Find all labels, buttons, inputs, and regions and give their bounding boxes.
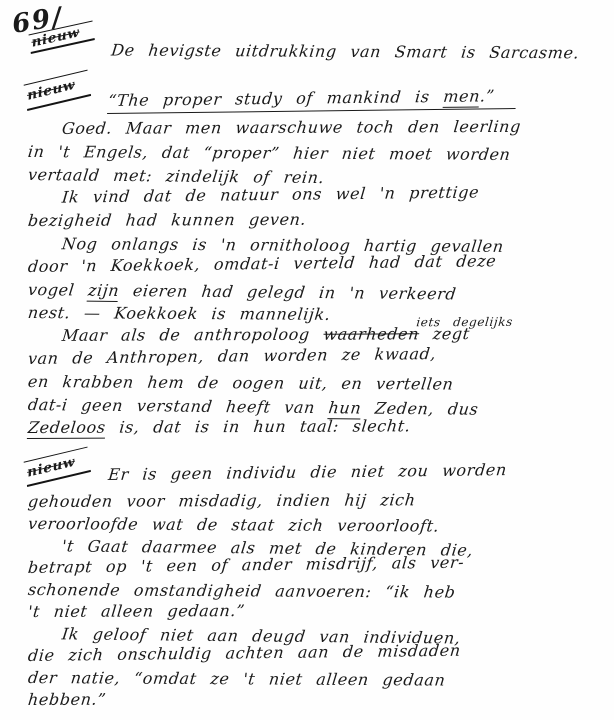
line-segment: dat-i geen verstand heeft van <box>27 395 330 417</box>
quote-word-underlined: men <box>442 86 481 107</box>
quote-line: “The proper study of mankind is men.” <box>107 84 518 114</box>
manuscript-line: en krabben hem de oogen uit, en vertelle… <box>27 370 601 396</box>
manuscript-line: 't niet alleen gedaan.” <box>27 599 601 623</box>
manuscript-line: gehouden voor misdadig, indien hij zich <box>27 489 601 513</box>
line-segment: is, dat is in hun taal: slecht. <box>105 416 412 436</box>
quote-row: nieuw “The proper study of mankind is me… <box>27 83 602 117</box>
underlined-word: Zedeloos <box>27 418 107 439</box>
underlined-word: zijn <box>87 281 121 302</box>
manuscript-page: 69/ nieuw De hevigste uitdrukking van Sm… <box>0 0 614 720</box>
line-segment: eieren had gelegd in 'n verkeerd <box>118 281 457 304</box>
line-segment: vogel <box>27 280 89 300</box>
struck-word: waarheden <box>323 324 421 343</box>
aphorism-line: De hevigste uitdrukking van Smart is Sar… <box>110 40 580 62</box>
idea-study-block: nieuw “The proper study of mankind is me… <box>28 90 600 439</box>
manuscript-line: Goed. Maar men waarschuwe toch den leerl… <box>27 115 602 140</box>
aphorism-row: nieuw De hevigste uitdrukking van Smart … <box>31 34 601 57</box>
manuscript-line: nieuw Er is geen individu die niet zou w… <box>27 458 602 491</box>
interlinear-insertion: iets degelijks <box>415 311 514 334</box>
quote-post: .” <box>479 86 495 105</box>
idea-individu-block: nieuw Er is geen individu die niet zou w… <box>28 465 600 711</box>
quote-pre: “The proper study of mankind is <box>107 87 444 110</box>
line-segment: Maar als de anthropoloog <box>61 325 324 345</box>
manuscript-line: veroorloofde wat de staat zich veroorloo… <box>27 513 601 538</box>
manuscript-line: bezigheid had kunnen geven. <box>27 207 602 232</box>
manuscript-line: in 't Engels, dat “proper” hier niet moe… <box>27 140 601 166</box>
line-segment: Er is geen individu die niet zou worden <box>107 459 508 486</box>
manuscript-line: Zedeloos is, dat is in hun taal: slecht. <box>27 414 602 439</box>
margin-mark-struck-word: nieuw <box>24 447 91 487</box>
manuscript-line: hebben.” <box>27 687 601 711</box>
margin-mark-struck-word: nieuw <box>24 70 91 111</box>
